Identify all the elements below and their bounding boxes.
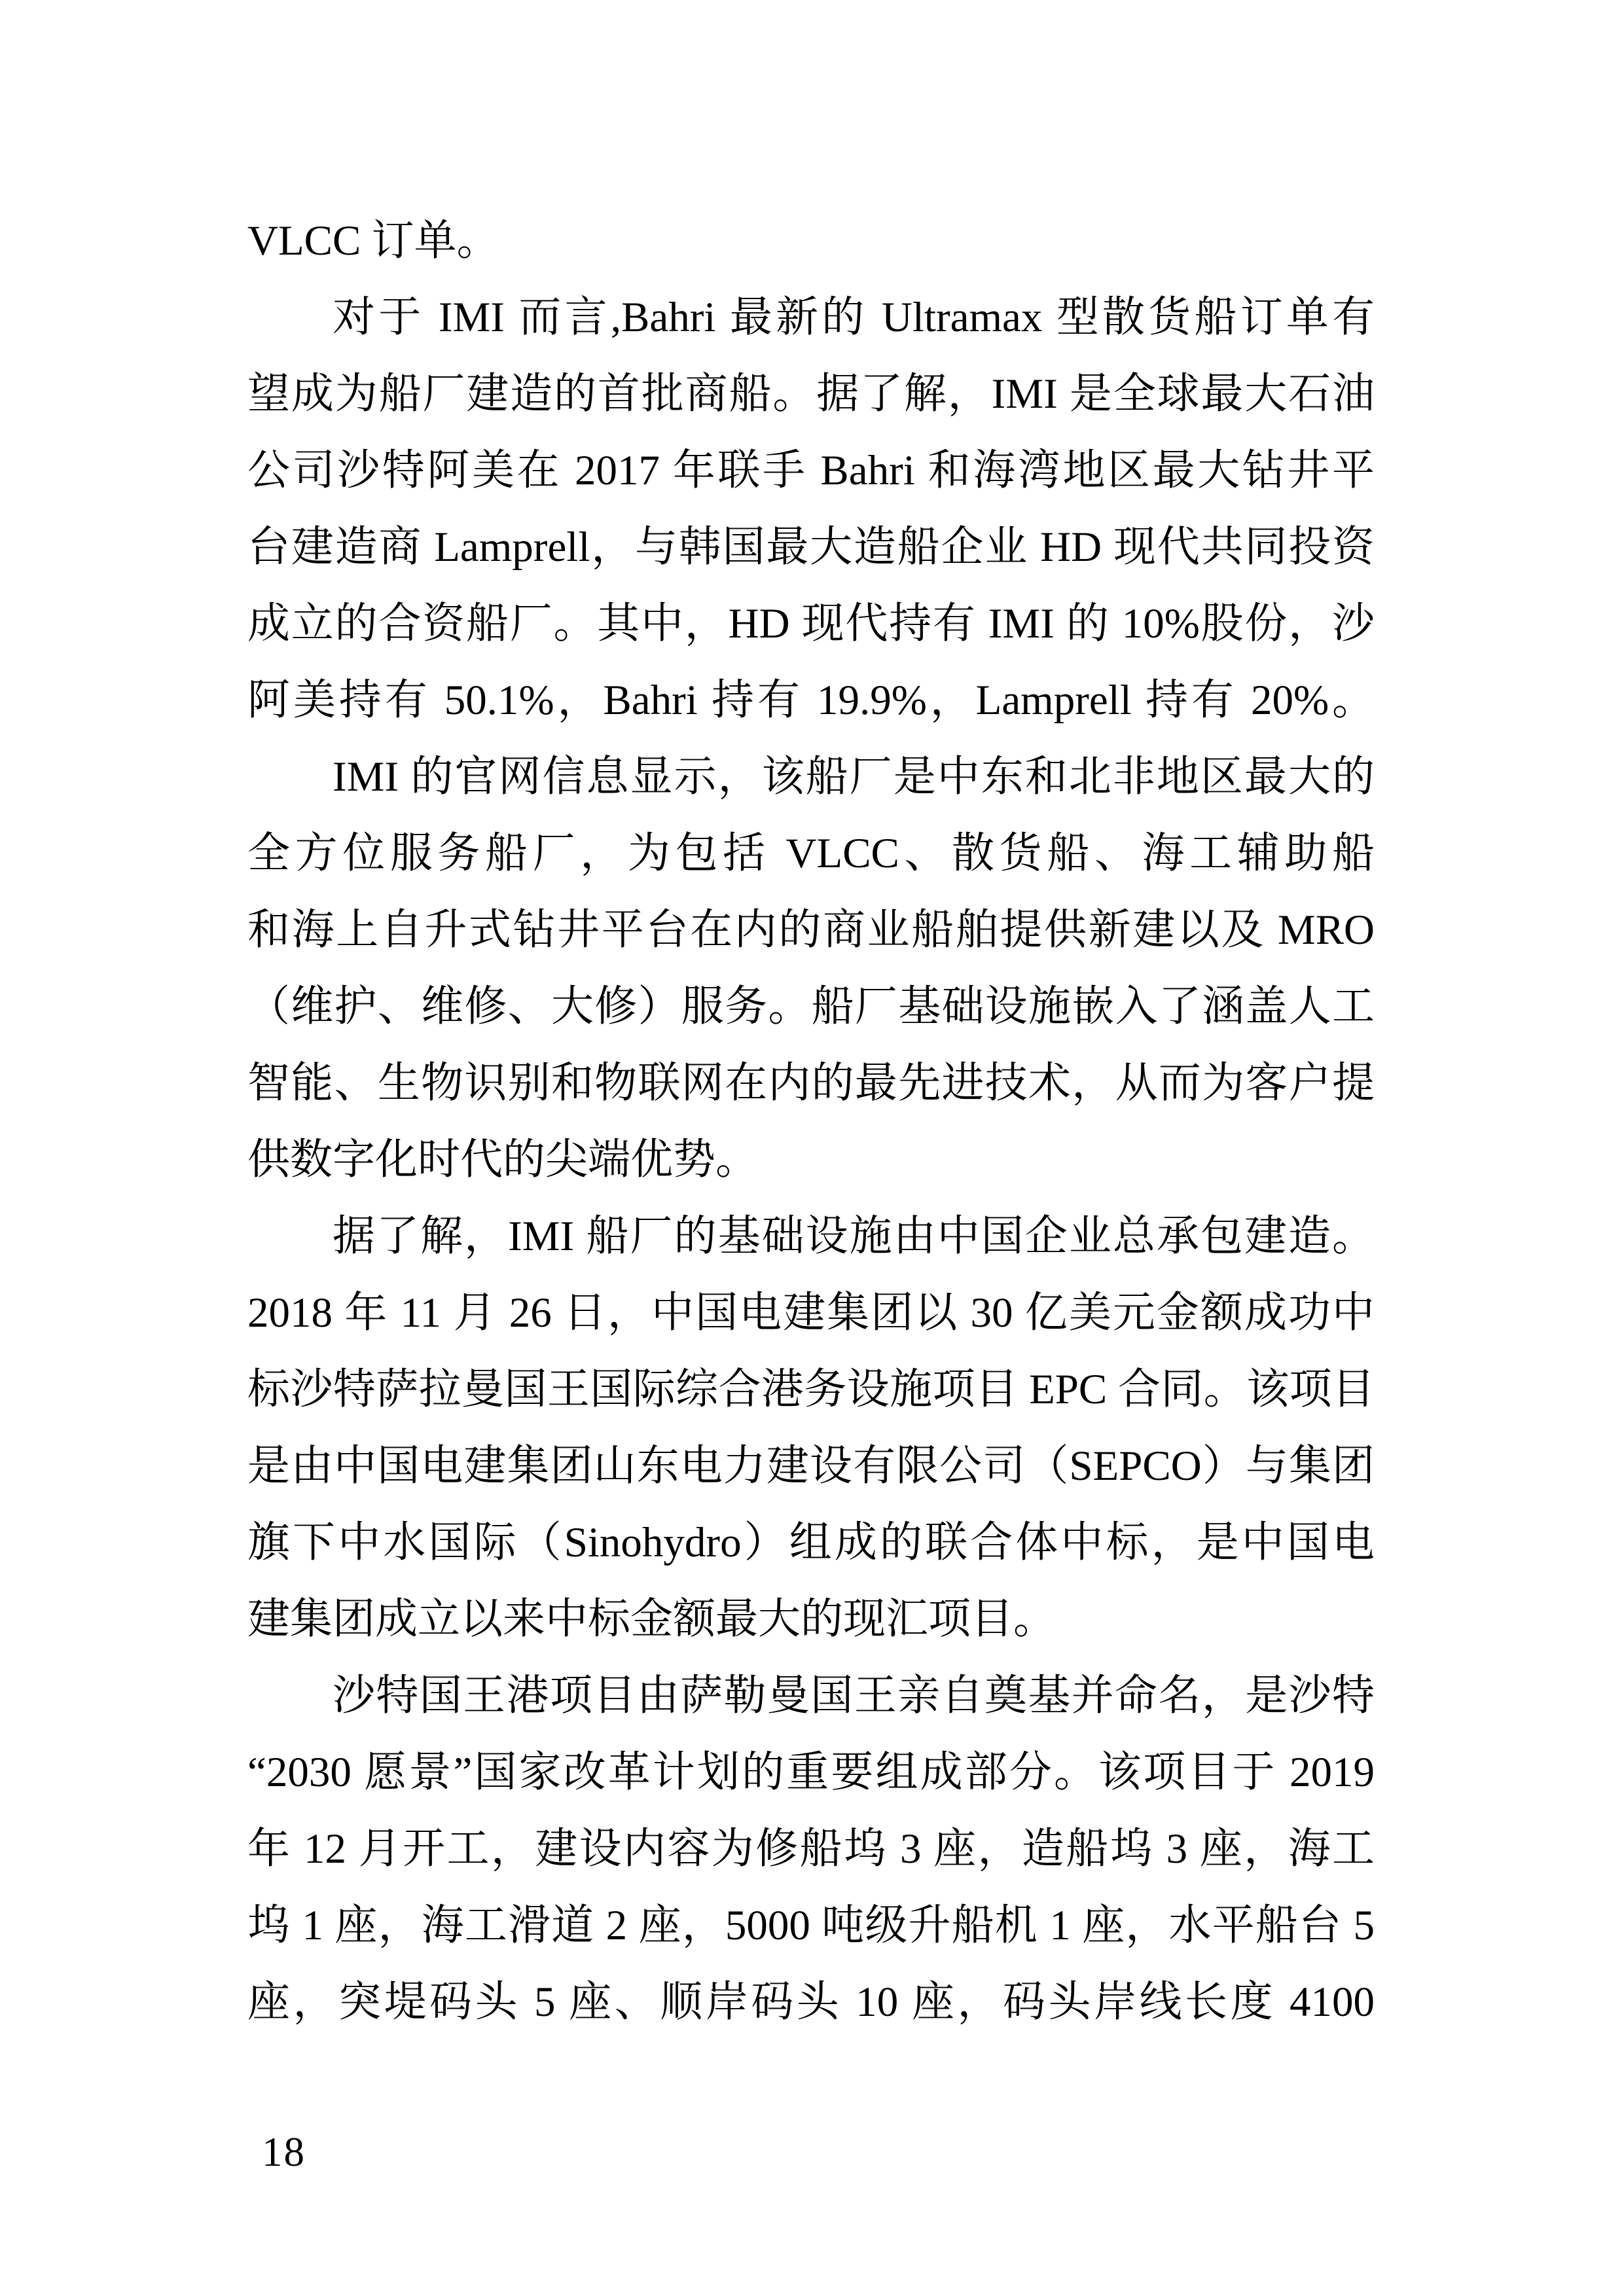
body-text: VLCC 订单。对于 IMI 而言,Bahri 最新的 Ultramax 型散货… — [247, 203, 1375, 2041]
text-line: IMI 的官网信息显示，该船厂是中东和北非地区最大的 — [247, 739, 1375, 816]
text-line: 座，突堤码头 5 座、顺岸码头 10 座，码头岸线长度 4100 米。 — [247, 1964, 1375, 2041]
page-number: 18 — [262, 2126, 306, 2178]
text-line: 成立的合资船厂。其中，HD 现代持有 IMI 的 10%股份，沙特 — [247, 586, 1375, 662]
text-line: 旗下中水国际（Sinohydro）组成的联合体中标，是中国电 — [247, 1505, 1375, 1581]
text-line: 坞 1 座，海工滑道 2 座，5000 吨级升船机 1 座，水平船台 5 — [247, 1888, 1375, 1964]
text-line: 沙特国王港项目由萨勒曼国王亲自奠基并命名，是沙特 — [247, 1658, 1375, 1734]
text-line: 据了解，IMI 船厂的基础设施由中国企业总承包建造。 — [247, 1198, 1375, 1275]
paragraph: 据了解，IMI 船厂的基础设施由中国企业总承包建造。2018 年 11 月 26… — [247, 1198, 1375, 1658]
paragraph: 对于 IMI 而言,Bahri 最新的 Ultramax 型散货船订单有望成为船… — [247, 279, 1375, 739]
text-line: 2018 年 11 月 26 日，中国电建集团以 30 亿美元金额成功中 — [247, 1275, 1375, 1352]
text-line: 全方位服务船厂，为包括 VLCC、散货船、海工辅助船（OSV） — [247, 816, 1375, 892]
text-line: 对于 IMI 而言,Bahri 最新的 Ultramax 型散货船订单有 — [247, 279, 1375, 356]
text-line: 智能、生物识别和物联网在内的最先进技术，从而为客户提 — [247, 1045, 1375, 1122]
text-line: 和海上自升式钻井平台在内的商业船舶提供新建以及 MRO — [247, 892, 1375, 969]
text-line: （维护、维修、大修）服务。船厂基础设施嵌入了涵盖人工 — [247, 969, 1375, 1045]
paragraph: IMI 的官网信息显示，该船厂是中东和北非地区最大的全方位服务船厂，为包括 VL… — [247, 739, 1375, 1198]
text-line: 望成为船厂建造的首批商船。据了解，IMI 是全球最大石油 — [247, 356, 1375, 433]
text-line: “2030 愿景”国家改革计划的重要组成部分。该项目于 2019 — [247, 1734, 1375, 1811]
text-line: 台建造商 Lamprell，与韩国最大造船企业 HD 现代共同投资 — [247, 509, 1375, 586]
text-line: 是由中国电建集团山东电力建设有限公司（SEPCO）与集团 — [247, 1428, 1375, 1505]
paragraph: VLCC 订单。 — [247, 203, 1375, 279]
text-line: 建集团成立以来中标金额最大的现汇项目。 — [247, 1581, 1375, 1658]
text-line: 供数字化时代的尖端优势。 — [247, 1122, 1375, 1198]
document-page: VLCC 订单。对于 IMI 而言,Bahri 最新的 Ultramax 型散货… — [0, 0, 1624, 2296]
text-line: 阿美持有 50.1%，Bahri 持有 19.9%，Lamprell 持有 20… — [247, 662, 1375, 739]
text-line: 标沙特萨拉曼国王国际综合港务设施项目 EPC 合同。该项目 — [247, 1352, 1375, 1428]
paragraph: 沙特国王港项目由萨勒曼国王亲自奠基并命名，是沙特“2030 愿景”国家改革计划的… — [247, 1658, 1375, 2041]
text-line: VLCC 订单。 — [247, 203, 1375, 279]
text-line: 年 12 月开工，建设内容为修船坞 3 座，造船坞 3 座，海工 — [247, 1811, 1375, 1888]
text-line: 公司沙特阿美在 2017 年联手 Bahri 和海湾地区最大钻井平 — [247, 433, 1375, 509]
